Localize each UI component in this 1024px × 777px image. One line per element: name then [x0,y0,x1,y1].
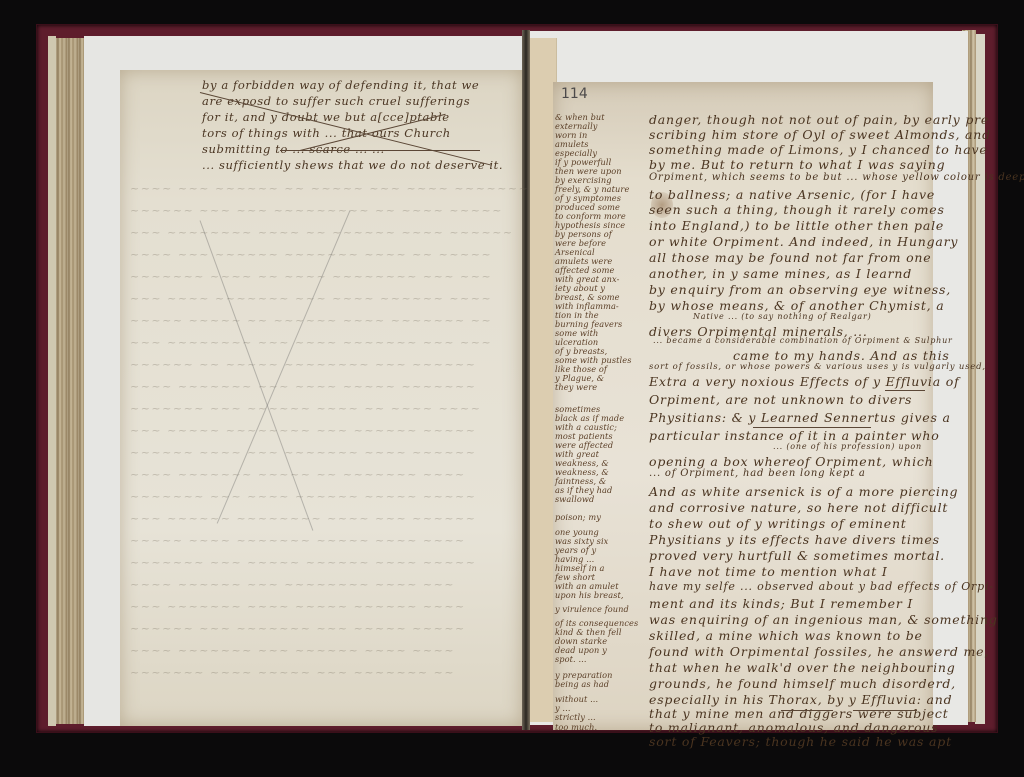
text-line: Orpiment, which seems to be but ... whos… [649,172,1024,183]
binding-inner-edge-left [48,36,56,726]
text-line: particular instance of it in a painter w… [649,428,940,443]
text-line: into England,) to be little other then p… [649,218,944,233]
interlinear-note: sort of fossils, or whose powers & vario… [649,362,986,372]
text-line: Physitians y its effects have divers tim… [649,532,940,547]
text-line: that when he walk'd over the neighbourin… [649,660,956,675]
interlinear-note: ... (one of his profession) upon [773,442,922,451]
margin-note: being as had [555,679,609,689]
text-line: was enquiring of an ingenious man, & som… [649,612,998,627]
text-line: And as white arsenick is of a more pierc… [649,484,958,499]
text-line: I have not time to mention what I [649,564,888,579]
underline-sennertus [753,427,871,428]
right-manuscript-leaf: 114 danger, though not not out of pain, … [553,82,933,730]
interlinear-note: ... became a considerable combination of… [653,336,953,345]
text-line: scribing him store of Oyl of sweet Almon… [649,127,991,142]
text-line: something made of Limons, y I chanced to… [649,142,988,157]
text-line: ment and its kinds; But I remember I [649,596,913,611]
left-line-6: ... sufficiently shews that we do not de… [202,158,503,172]
text-line: and corrosive nature, so here not diffic… [649,500,948,515]
underline-effluvia [885,390,925,391]
page-stack-edge-left [56,38,84,724]
text-line: to shew out of y writings of eminent [649,516,907,531]
text-line: all those may be found not far from one [649,250,931,265]
text-line: have my selfe ... observed about y bad e… [649,580,994,593]
text-line: by whose means, & of another Chymist, a [649,298,944,313]
margin-note: they were [555,382,597,392]
pencil-cancellation-line [200,220,314,530]
underline-thorax [781,710,833,711]
strikethrough [280,150,480,151]
left-manuscript-leaf: by a forbidden way of defending it, that… [120,70,522,726]
text-line: by me. But to return to what I was sayin… [649,157,945,172]
text-line: ... of Orpiment, had been long kept a [649,468,866,479]
text-line: found with Orpimental fossiles, he answe… [649,644,989,659]
text-line: or white Orpiment. And indeed, in Hungar… [649,234,958,249]
text-line: by enquiry from an observing eye witness… [649,282,951,297]
folio-number: 114 [561,86,588,102]
text-line: opening a box whereof Orpiment, which [649,454,934,469]
text-line: Physitians: & y Learned Sennertus gives … [649,410,951,425]
text-line: that y mine men and diggers were subject [649,706,949,721]
text-line: danger, though not not out of pain, by e… [649,112,989,127]
text-line: seen such a thing, though it rarely come… [649,202,945,217]
margin-note: upon his breast, [555,590,624,600]
text-line: Orpiment, are not unknown to divers [649,392,912,407]
text-line: Extra a very noxious Effects of y Effluv… [649,374,960,389]
text-line: grounds, he found himself much disorderd… [649,676,956,691]
margin-note: too much. [555,722,597,732]
manuscript-photograph: by a forbidden way of defending it, that… [0,0,1024,777]
margin-note: strictly ... [555,712,596,722]
left-line-4: tors of things with ... that ours Church [202,126,451,140]
text-line: came to my hands. And as this [733,348,950,363]
text-line: especially in his Thorax, by y Effluvia:… [649,692,952,707]
text-line: skilled, a mine which was known to be [649,628,923,643]
text-line: proved very hurtfull & sometimes mortal. [649,548,945,563]
underline-effluvia-2 [853,710,917,711]
left-line-5: submitting to ... scarce ... ... [202,142,385,156]
left-line-1: by a forbidden way of defending it, that… [202,78,479,92]
text-line: another, in y same mines, as I learnd [649,266,912,281]
margin-note: poison; my [555,512,601,522]
text-line: to ballness; a native Arsenic, (for I ha… [649,187,935,202]
margin-note: spot. ... [555,654,587,664]
book-gutter [522,30,530,730]
text-line: to malignant, anomalous, and dangerous [649,720,938,735]
interlinear-note: Native ... (to say nothing of Realgar) [693,312,872,321]
text-line: sort of Feavers; though he said he was a… [649,734,952,749]
margin-note: y virulence found [555,604,629,614]
margin-note: swallowd [555,494,594,504]
left-line-2: are exposd to suffer such cruel sufferin… [202,94,470,108]
